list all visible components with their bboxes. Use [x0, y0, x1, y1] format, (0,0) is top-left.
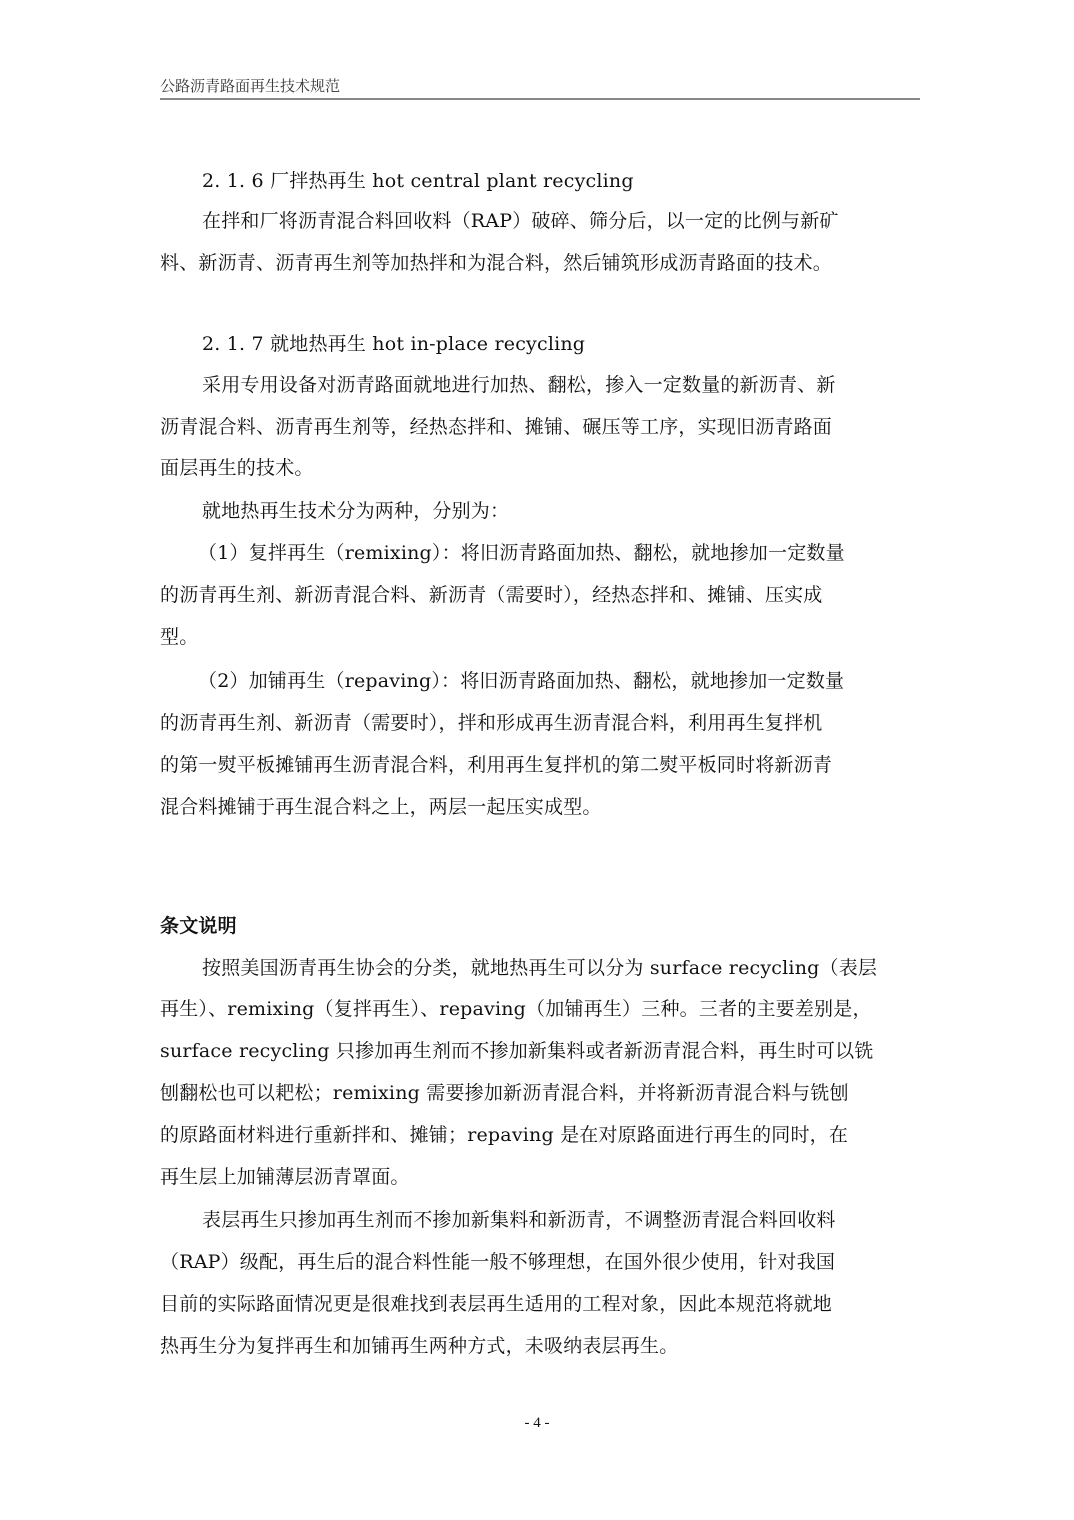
paragraph-line: 沥青混合料、沥青再生剂等，经热态拌和、摊铺、碾压等工序，实现旧沥青路面	[160, 412, 920, 442]
section-heading-2-1-6: 2. 1. 6 厂拌热再生 hot central plant recyclin…	[160, 166, 962, 196]
document-title: 公路沥青路面再生技术规范	[160, 76, 920, 96]
commentary-line: 表层再生只掺加再生剂而不掺加新集料和新沥青，不调整沥青混合料回收料	[160, 1205, 962, 1235]
commentary-line: 目前的实际路面情况更是很难找到表层再生适用的工程对象，因此本规范将就地	[160, 1289, 920, 1319]
paragraph-line: 采用专用设备对沥青路面就地进行加热、翻松，掺入一定数量的新沥青、新	[160, 370, 962, 400]
commentary-line: 的原路面材料进行重新拌和、摊铺；repaving 是在对原路面进行再生的同时，在	[160, 1120, 920, 1150]
running-header: 公路沥青路面再生技术规范	[160, 76, 920, 96]
commentary-line: 刨翻松也可以耙松；remixing 需要掺加新沥青混合料，并将新沥青混合料与铣刨	[160, 1078, 920, 1108]
section-heading-2-1-7: 2. 1. 7 就地热再生 hot in-place recycling	[160, 329, 962, 359]
list-item-remixing: （1）复拌再生（remixing）：将旧沥青路面加热、翻松，就地掺加一定数量	[160, 538, 958, 568]
page-number: - 4 -	[0, 1415, 1074, 1432]
paragraph-line: 就地热再生技术分为两种，分别为：	[160, 496, 962, 526]
paragraph-line: 料、新沥青、沥青再生剂等加热拌和为混合料，然后铺筑形成沥青路面的技术。	[160, 248, 920, 278]
commentary-line: 再生层上加铺薄层沥青罩面。	[160, 1162, 920, 1192]
list-item-repaving: （2）加铺再生（repaving）：将旧沥青路面加热、翻松，就地掺加一定数量	[160, 666, 958, 696]
paragraph-line: 型。	[160, 622, 920, 652]
commentary-line: （RAP）级配，再生后的混合料性能一般不够理想，在国外很少使用，针对我国	[160, 1247, 920, 1277]
paragraph-line: 在拌和厂将沥青混合料回收料（RAP）破碎、筛分后，以一定的比例与新矿	[160, 206, 962, 236]
commentary-line: 再生）、remixing（复拌再生）、repaving（加铺再生）三种。三者的主…	[160, 994, 920, 1024]
commentary-heading: 条文说明	[160, 911, 920, 941]
paragraph-line: 的沥青再生剂、新沥青混合料、新沥青（需要时），经热态拌和、摊铺、压实成	[160, 580, 920, 610]
paragraph-line: 混合料摊铺于再生混合料之上，两层一起压实成型。	[160, 792, 920, 822]
paragraph-line: 的第一熨平板摊铺再生沥青混合料，利用再生复拌机的第二熨平板同时将新沥青	[160, 750, 920, 780]
paragraph-line: 的沥青再生剂、新沥青（需要时），拌和形成再生沥青混合料，利用再生复拌机	[160, 708, 920, 738]
commentary-line: 热再生分为复拌再生和加铺再生两种方式，未吸纳表层再生。	[160, 1331, 920, 1361]
paragraph-line: 面层再生的技术。	[160, 453, 920, 483]
header-divider	[160, 98, 920, 100]
commentary-line: 按照美国沥青再生协会的分类，就地热再生可以分为 surface recyclin…	[160, 953, 962, 983]
commentary-line: surface recycling 只掺加再生剂而不掺加新集料或者新沥青混合料，…	[160, 1036, 920, 1066]
